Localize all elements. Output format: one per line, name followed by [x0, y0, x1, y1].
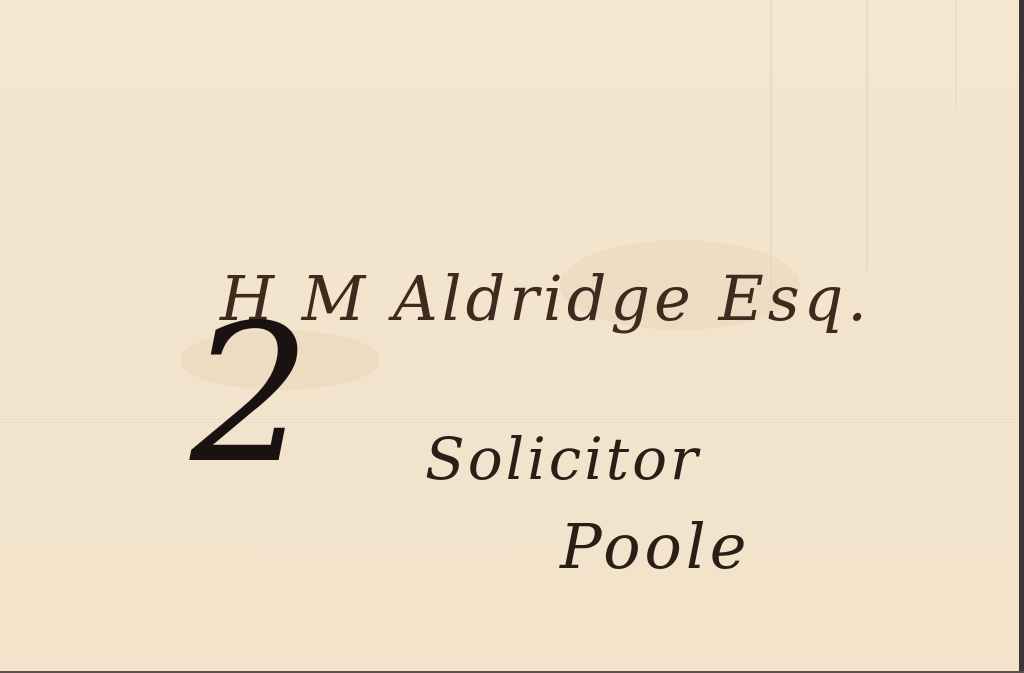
fold-line-vertical — [770, 0, 772, 290]
scan-edge — [1019, 0, 1024, 673]
addressee-name: H M Aldridge Esq. — [220, 262, 871, 335]
fold-line-vertical — [866, 0, 868, 270]
addressee-town: Poole — [560, 510, 750, 583]
letter-cover: H M Aldridge Esq. 2 Solicitor Poole — [0, 0, 1019, 671]
postage-rate-mark: 2 — [190, 300, 311, 490]
fold-line-vertical — [955, 0, 957, 110]
fold-line-horizontal — [0, 419, 1019, 422]
addressee-profession: Solicitor — [425, 425, 701, 493]
